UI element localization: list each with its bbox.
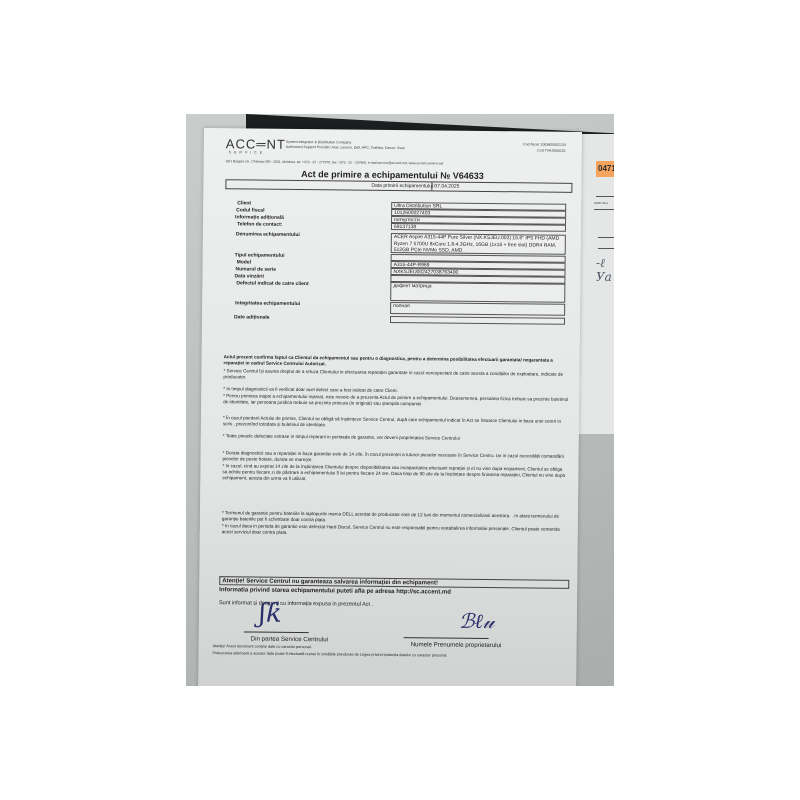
owner-signature: ℬℓ𝓊 [459,609,495,634]
receipt-date-value: 07.04.2025 [431,182,459,190]
term-paragraph: * În cazul pierderii Actului de primire,… [223,415,568,431]
term-paragraph: * In cazul, cind au expirat 14 zile de l… [222,463,567,485]
footer-notice: Atenție! Acest document conține date cu … [213,644,312,649]
field-label: Integritatea echipamentului [235,300,300,307]
cod-tva: Cod TVA:0500101 [523,147,566,153]
receipt-sheet: ACC═NT SERVICE System Integrator & Distr… [198,128,582,686]
field-label: Model [237,259,252,265]
company-info: System Integrator & Distribution Company… [286,140,405,151]
background-handwriting: -ℓ Уа [596,256,612,284]
field-label: Date adiționale [234,314,270,320]
background-line [594,209,614,210]
receipt-date-label: Data primirii echipamentului: [371,183,434,190]
background-small-text: 2008 Ultra [594,201,608,205]
agreement-line: Sunt informat și deacord cu informația e… [219,600,373,608]
service-signature-line [244,631,309,633]
field-label: Client [237,200,251,206]
letterhead: ACC═NT SERVICE System Integrator & Distr… [226,136,566,162]
company-codes: Cod fiscal: 1003600002134 Cod TVA:050010… [523,141,566,153]
term-paragraph: * Service Centrul își asuma dreptul de a… [223,368,568,384]
logo-subtitle: SERVICE [229,150,265,154]
background-orange-label: 04712 o [596,161,614,177]
service-signature-label: Din partea Service Centrului [251,636,328,644]
background-line [596,196,614,197]
term-paragraph: * Toate piesele defectate extrase in tim… [223,433,568,443]
field-row: Denumirea echipamentuluiACER Aspire A315… [203,231,581,235]
status-info-line: Informatia privind starea echipamentului… [219,587,451,595]
footer-data-protection: Prelucrarea ulterioară a acestor date po… [212,651,447,657]
field-label: Data vinzării [234,273,264,279]
field-label: Denumirea echipamentului [236,231,300,238]
owner-signature-line [404,637,489,639]
term-paragraph: * In cazul daca in perioda de garantie e… [222,523,567,539]
document-photo: 04712 o 2008 Ultra -ℓ Уа ACC═NT SERVICE … [186,114,614,686]
field-row: ClientUltra Distribution SRL [203,200,581,204]
background-line [598,248,614,249]
field-label: Numarul de serie [235,266,276,272]
field-value: дефект матрица [390,282,565,303]
field-label: Defectul indicat de catre client [236,280,308,287]
field-label: Telefon de contact: [237,221,283,227]
field-value: полная [390,302,565,316]
field-value [390,316,565,325]
field-value: 69137138 [391,223,566,232]
owner-signature-label: Numele Prenumele proprietarului [411,641,502,649]
background-line [598,237,614,238]
field-value: ACER Aspire A315-44P Pure Silver (NX.KSJ… [391,233,566,255]
service-signature: ʃƙ [259,599,282,629]
company-authorized: Authorised Support Provider: Acer, Lenov… [286,145,405,151]
field-label: Informație adițională [235,214,284,221]
field-label: Codul fiscal [236,207,264,213]
field-label: Tipul echipamentului [235,252,285,259]
intro-paragraph: Actul prezent confirma faptul ca Clientu… [224,354,569,370]
term-paragraph: * Pentru primirea inapoi a echipamentulu… [223,393,568,409]
